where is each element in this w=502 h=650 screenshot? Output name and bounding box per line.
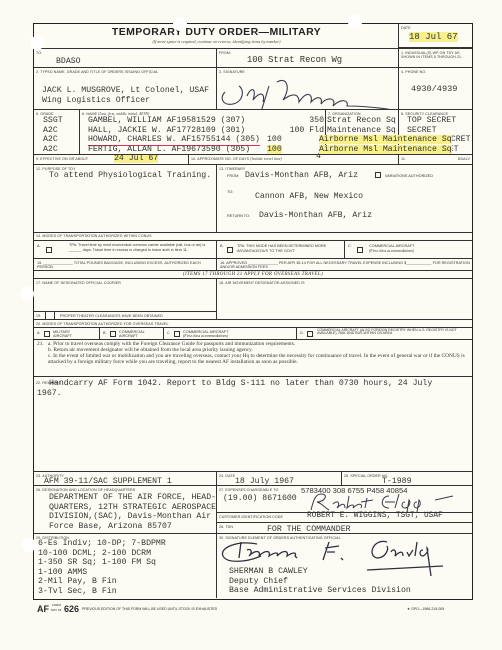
footer-gpo: ★ GPO—1966-219-005 — [407, 607, 444, 611]
item15-text: 15. ______________ TOTAL POUNDS BAGGAGE,… — [37, 261, 215, 270]
item16-cell: 16. APPROVED ______________ PER AFR 35-1… — [217, 259, 472, 271]
clearance-1: SECRET — [407, 126, 436, 136]
purpose-cell: 12. PURPOSE OF TDY To attend Physiologic… — [34, 165, 217, 233]
itinerary-from-label: FROM: — [227, 174, 239, 179]
signature-wiggins — [305, 490, 465, 512]
item21-cell: 21. a. Prior to travel overseas comply w… — [34, 340, 472, 377]
itinerary-return-value: Davis-Monthan AFB, Ariz — [259, 211, 372, 221]
customer-value: ROBERT E. WIGGINS, TSGT, USAF — [307, 512, 443, 522]
item10-hint: (Include travel time) — [250, 157, 282, 161]
os-c-checkbox[interactable] — [174, 331, 180, 337]
item4-label: 4. PHONE NO. — [401, 70, 426, 74]
item24-label: 24. DATE — [219, 474, 235, 478]
item30-cell: 30. SIGNATURE ELEMENT OF ORDERS AUTHENTI… — [217, 534, 472, 598]
sig-line2: Deputy Chief — [229, 577, 288, 587]
item9-value: 24 Jul 67 — [114, 155, 158, 163]
dist-line2: 10-100 DCML; 2-100 DCRM — [38, 549, 151, 559]
hq-line3: DIVISION,(SAC), Davis-Monthan Air — [49, 512, 211, 522]
os-d-checkbox[interactable] — [307, 331, 313, 337]
conus-mode-c: C. COMMERCIAL AIRCRAFT (First class acco… — [345, 241, 472, 259]
phone-value: 4930/4939 — [411, 85, 457, 95]
item18-cell: 18. AIR MOVEMENT DESIGNATOR ASSIGNED IS — [217, 279, 472, 320]
org-0: Strat Recon Sq — [327, 116, 396, 126]
grade-2: A2C — [43, 135, 58, 145]
sig-line1: SHERMAN B CAWLEY — [229, 567, 308, 577]
official-name: JACK L. MUSGROVE, Lt Colonel, USAF — [42, 86, 209, 96]
conus-c-checkbox[interactable] — [357, 247, 363, 253]
dist-line3: 1-350 SR Sq; 1-100 FM Sq — [38, 558, 156, 568]
item20-cell: 20. MODES OF TRANSPORTATION AUTHORIZED F… — [34, 320, 472, 328]
item1-label: 1. INDIVIDUAL(S) WP ON TDY AS SHOWN IN I… — [401, 51, 470, 59]
dist-line6: 3-Tvl Sec, B Fin — [38, 587, 117, 597]
item26-cell: 26. DESIGNATION AND LOCATION OF HEADQUAR… — [34, 486, 217, 534]
itinerary-return-label: RETURN TO: — [227, 214, 250, 219]
grade-0: SSGT — [43, 116, 63, 126]
item9-cell: 9. EFFECTIVE ON OR ABOUT 24 Jul 67 — [34, 155, 189, 165]
conus-a-text: TPA. Travel time by most economical comm… — [69, 243, 209, 252]
itinerary-to-value: Cannon AFB, New Mexico — [255, 192, 363, 202]
name-0: GAMBEL, WILLIAM AF19581529 (307) — [88, 116, 245, 126]
form-footer: AF FORM MAY 64 626 PREVIOUS EDITION OF T… — [37, 603, 477, 617]
os-a-letter: A. — [37, 331, 41, 336]
item18-label: 18. AIR MOVEMENT DESIGNATOR ASSIGNED IS — [219, 281, 305, 285]
item17-cell: 17. NAME OF DESIGNATED OFFICIAL COURIER … — [34, 279, 217, 320]
item14-label: 14. MODES OF TRANSPORTATION AUTHORIZED W… — [36, 234, 152, 238]
item16-text: 16. APPROVED ______________ PER AFR 35-1… — [220, 261, 470, 270]
os-b-text: COMMERCIAL AIRCRAFT — [119, 330, 159, 339]
customer-label: CUSTOMER IDENTIFICATION CODE — [219, 515, 283, 519]
name-1: HALL, JACKIE W. AF17728109 (301) — [88, 126, 245, 136]
item28-cell: 28. TDN FOR THE COMMANDER — [217, 523, 472, 534]
to-cell: TO: BDASO — [34, 48, 217, 68]
conus-b-text: TPA. THIS MODE HAS BEEN DETERMINED MORE … — [237, 244, 343, 253]
name-label-hint: (Last, first, middle initial, AFSN) — [98, 112, 149, 116]
signature-musgrove — [217, 72, 399, 110]
conus-b-letter: B. — [220, 244, 224, 249]
item13-label: 13. ITINERARY — [219, 167, 245, 171]
customer-id-cell: CUSTOMER IDENTIFICATION CODE ROBERT E. W… — [217, 513, 472, 523]
item20-label: 20. MODES OF TRANSPORTATION AUTHORIZED F… — [36, 322, 169, 326]
dist-line4: 1-100 AMMS — [38, 568, 87, 578]
conus-c-text: COMMERCIAL AIRCRAFT — [369, 244, 414, 249]
name-label: 6. NAME — [82, 112, 97, 116]
os-d-letter: D. — [300, 331, 304, 336]
item10-cell: 10. APPROXIMATE NO. OF DAYS (Include tra… — [189, 155, 399, 165]
dist-line5: 2-Mil Pay, B Fin — [38, 577, 117, 587]
item19-row: 19. PROPER THEATER CLEARANCES HAVE BEEN … — [34, 311, 217, 320]
unit-1: 100 Fld — [290, 126, 324, 136]
dist-line1: 6-Es Indiv; 10-DP; 7-BDPMR — [38, 539, 166, 549]
os-c-letter: C. — [167, 331, 171, 336]
grade-3: A2C — [43, 145, 58, 155]
overseas-mode-c: C. COMMERCIAL AIRCRAFT (First class acco… — [164, 328, 297, 340]
item11-label: 11. — [401, 157, 406, 161]
from-label: FROM: — [219, 51, 231, 55]
overseas-mode-b: B. COMMERCIAL AIRCRAFT — [100, 328, 164, 340]
from-value: 100 Strat Recon Wg — [247, 56, 342, 66]
item29-cell: 29. DISTRIBUTION 6-Es Indiv; 10-DP; 7-BD… — [34, 534, 217, 598]
remarks-cell: 22. REMARKS Handcarry AF Form 1042. Repo… — [34, 377, 472, 472]
item21-num: 21. — [37, 342, 44, 348]
item19-num: 19. — [36, 314, 41, 318]
itinerary-to-label: TO: — [227, 190, 233, 195]
to-label: TO: — [36, 51, 42, 55]
form-subtitle: (If more space is required, continue on … — [34, 39, 399, 44]
punch-hole — [173, 17, 187, 31]
overseas-mode-a: A. MILITARY AIRCRAFT — [34, 328, 100, 340]
org-1: Maintenance Sq — [327, 126, 396, 136]
os-a-checkbox[interactable] — [44, 331, 50, 337]
remarks-line2: 1967. — [37, 389, 62, 399]
item23-value: AFM 39-11/SAC SUPPLEMENT 1 — [44, 477, 172, 486]
item23-cell: 23. AUTHORITY AFM 39-11/SAC SUPPLEMENT 1 — [34, 472, 217, 486]
item11-cell: 11. DDALV — [399, 155, 472, 165]
item24-cell: 24. DATE 18 July 1967 — [217, 472, 342, 486]
item17-label: 17. NAME OF DESIGNATED OFFICIAL COURIER — [36, 281, 121, 285]
os-d-text: COMMERCIAL AIRCRAFT (Also foreign regist… — [317, 329, 469, 337]
unit-3: 100 — [267, 145, 282, 154]
official-title: Wing Logistics Officer — [42, 96, 150, 106]
overseas-banner-cell: (ITEMS 17 THROUGH 21 APPLY FOR OVERSEAS … — [34, 271, 472, 279]
date-label: DATE — [401, 26, 411, 30]
conus-a-checkbox[interactable] — [46, 247, 52, 253]
conus-mode-a: A. TPA. Travel time by most economical c… — [34, 241, 217, 259]
overseas-banner: (ITEMS 17 THROUGH 21 APPLY FOR OVERSEAS … — [34, 271, 472, 278]
item24-value: 18 July 1967 — [235, 477, 294, 486]
punch-hole — [22, 538, 36, 552]
item21-c: c. In the event of limited war or mobili… — [48, 354, 466, 366]
item27-label: 27. EXPENSES CHARGEABLE TO — [219, 488, 278, 492]
grade-1: A2C — [43, 126, 58, 136]
name-column: 6. NAME (Last, first, middle initial, AF… — [80, 110, 326, 155]
date-cell: DATE 18 Jul 67 — [399, 24, 472, 48]
organization-column: 7. ORGANIZATION Strat Recon Sq Maintenan… — [326, 110, 399, 155]
item27-cell: 27. EXPENSES CHARGEABLE TO 5783400 308 6… — [217, 486, 472, 513]
to-value: BDASO — [56, 57, 81, 67]
clearance-0: TOP SECRET — [407, 116, 456, 126]
hq-line2: QUARTERS, 12TH STRATEGIC AEROSPACE — [49, 503, 216, 513]
item25-cell: 25. SPECIAL ORDER NO. T-1989 — [342, 472, 472, 486]
item14-cell: 14. MODES OF TRANSPORTATION AUTHORIZED W… — [34, 233, 472, 241]
grade-column: 5. GRADE SSGT A2C A2C A2C — [34, 110, 80, 155]
af-form-626: TEMPORARY DUTY ORDER—MILITARY (If more s… — [33, 23, 473, 600]
form-title: TEMPORARY DUTY ORDER—MILITARY — [34, 26, 399, 38]
org-2: Airborne Msl Maintenance Sq — [319, 135, 452, 144]
from-cell: FROM: 100 Strat Recon Wg — [217, 48, 399, 68]
os-c-hint: (First class accommodations) — [183, 334, 228, 339]
variations-label: VARIATIONS AUTHORIZED — [385, 174, 433, 179]
issuing-official-cell: 2. TYPED NAME, GRADE AND TITLE OF ORDERS… — [34, 68, 217, 110]
punch-hole — [348, 15, 362, 29]
item25-value: T-1989 — [382, 477, 411, 486]
item2-label: 2. TYPED NAME, GRADE AND TITLE OF ORDERS… — [36, 70, 158, 74]
overseas-mode-d: D. COMMERCIAL AIRCRAFT (Also foreign reg… — [297, 328, 472, 340]
sig-line3: Base Administrative Services Division — [229, 586, 411, 596]
item27-value: (19.00) 8671600 — [223, 494, 297, 504]
item26-label: 26. DESIGNATION AND LOCATION OF HEADQUAR… — [36, 488, 135, 492]
os-b-letter: B. — [103, 331, 107, 336]
name-3: FERTIG, ALLAN L. AF19673590 (305) — [88, 145, 250, 155]
org-3: Airborne Msl Maintenance Sq — [319, 145, 452, 154]
item28-label: 28. TDN — [219, 525, 233, 529]
item11-value: DDALV — [458, 157, 470, 161]
hq-line1: DEPARTMENT OF THE AIR FORCE, HEAD- — [49, 493, 216, 503]
item1-cell: 1. INDIVIDUAL(S) WP ON TDY AS SHOWN IN I… — [399, 48, 472, 68]
hq-line4: Force Base, Arizona 85707 — [49, 522, 172, 532]
conus-c-hint: (First class accommodations) — [369, 249, 414, 254]
footer-form-date: MAY 64 — [51, 608, 61, 612]
date-value: 18 Jul 67 — [409, 32, 458, 42]
item19-checkbox[interactable] — [46, 312, 55, 320]
conus-a-letter: A. — [37, 244, 41, 249]
item9-label: 9. EFFECTIVE ON OR ABOUT — [36, 157, 88, 161]
item28-value: FOR THE COMMANDER — [267, 525, 351, 534]
item10-label: 10. APPROXIMATE NO. OF DAYS — [191, 157, 249, 161]
document-page: TEMPORARY DUTY ORDER—MILITARY (If more s… — [0, 0, 502, 650]
os-a-text: MILITARY AIRCRAFT — [53, 330, 83, 339]
item19-label: PROPER THEATER CLEARANCES HAVE BEEN OBTA… — [60, 314, 163, 318]
signature-cell: 3. SIGNATURE — [217, 68, 399, 110]
footer-note: PREVIOUS EDITION OF THIS FORM WILL BE US… — [82, 607, 217, 611]
conus-c-letter: C. — [348, 244, 352, 249]
form-header: TEMPORARY DUTY ORDER—MILITARY (If more s… — [34, 24, 399, 48]
os-b-checkbox[interactable] — [110, 331, 116, 337]
phone-cell: 4. PHONE NO. 4930/4939 — [399, 68, 472, 110]
punch-hole — [30, 36, 44, 50]
punch-hole — [20, 287, 34, 301]
item15-cell: 15. ______________ TOTAL POUNDS BAGGAGE,… — [34, 259, 217, 271]
itinerary-cell: 13. ITINERARY FROM: Davis-Monthan AFB, A… — [217, 165, 472, 233]
conus-mode-b: B. TPA. THIS MODE HAS BEEN DETERMINED MO… — [217, 241, 345, 259]
itinerary-from-value: Davis-Monthan AFB, Ariz — [245, 171, 358, 181]
footer-form-label: FORM — [52, 604, 61, 607]
remarks-line1: Handcarry AF Form 1042. Report to Bldg S… — [49, 379, 432, 389]
footer-af: AF — [37, 604, 49, 614]
conus-b-checkbox[interactable] — [227, 247, 233, 253]
unit-0: 350 — [309, 116, 324, 126]
variations-checkbox[interactable] — [375, 172, 381, 178]
purpose-value: To attend Physiological Training. — [49, 171, 211, 181]
footer-form-no: 626 — [64, 604, 79, 614]
